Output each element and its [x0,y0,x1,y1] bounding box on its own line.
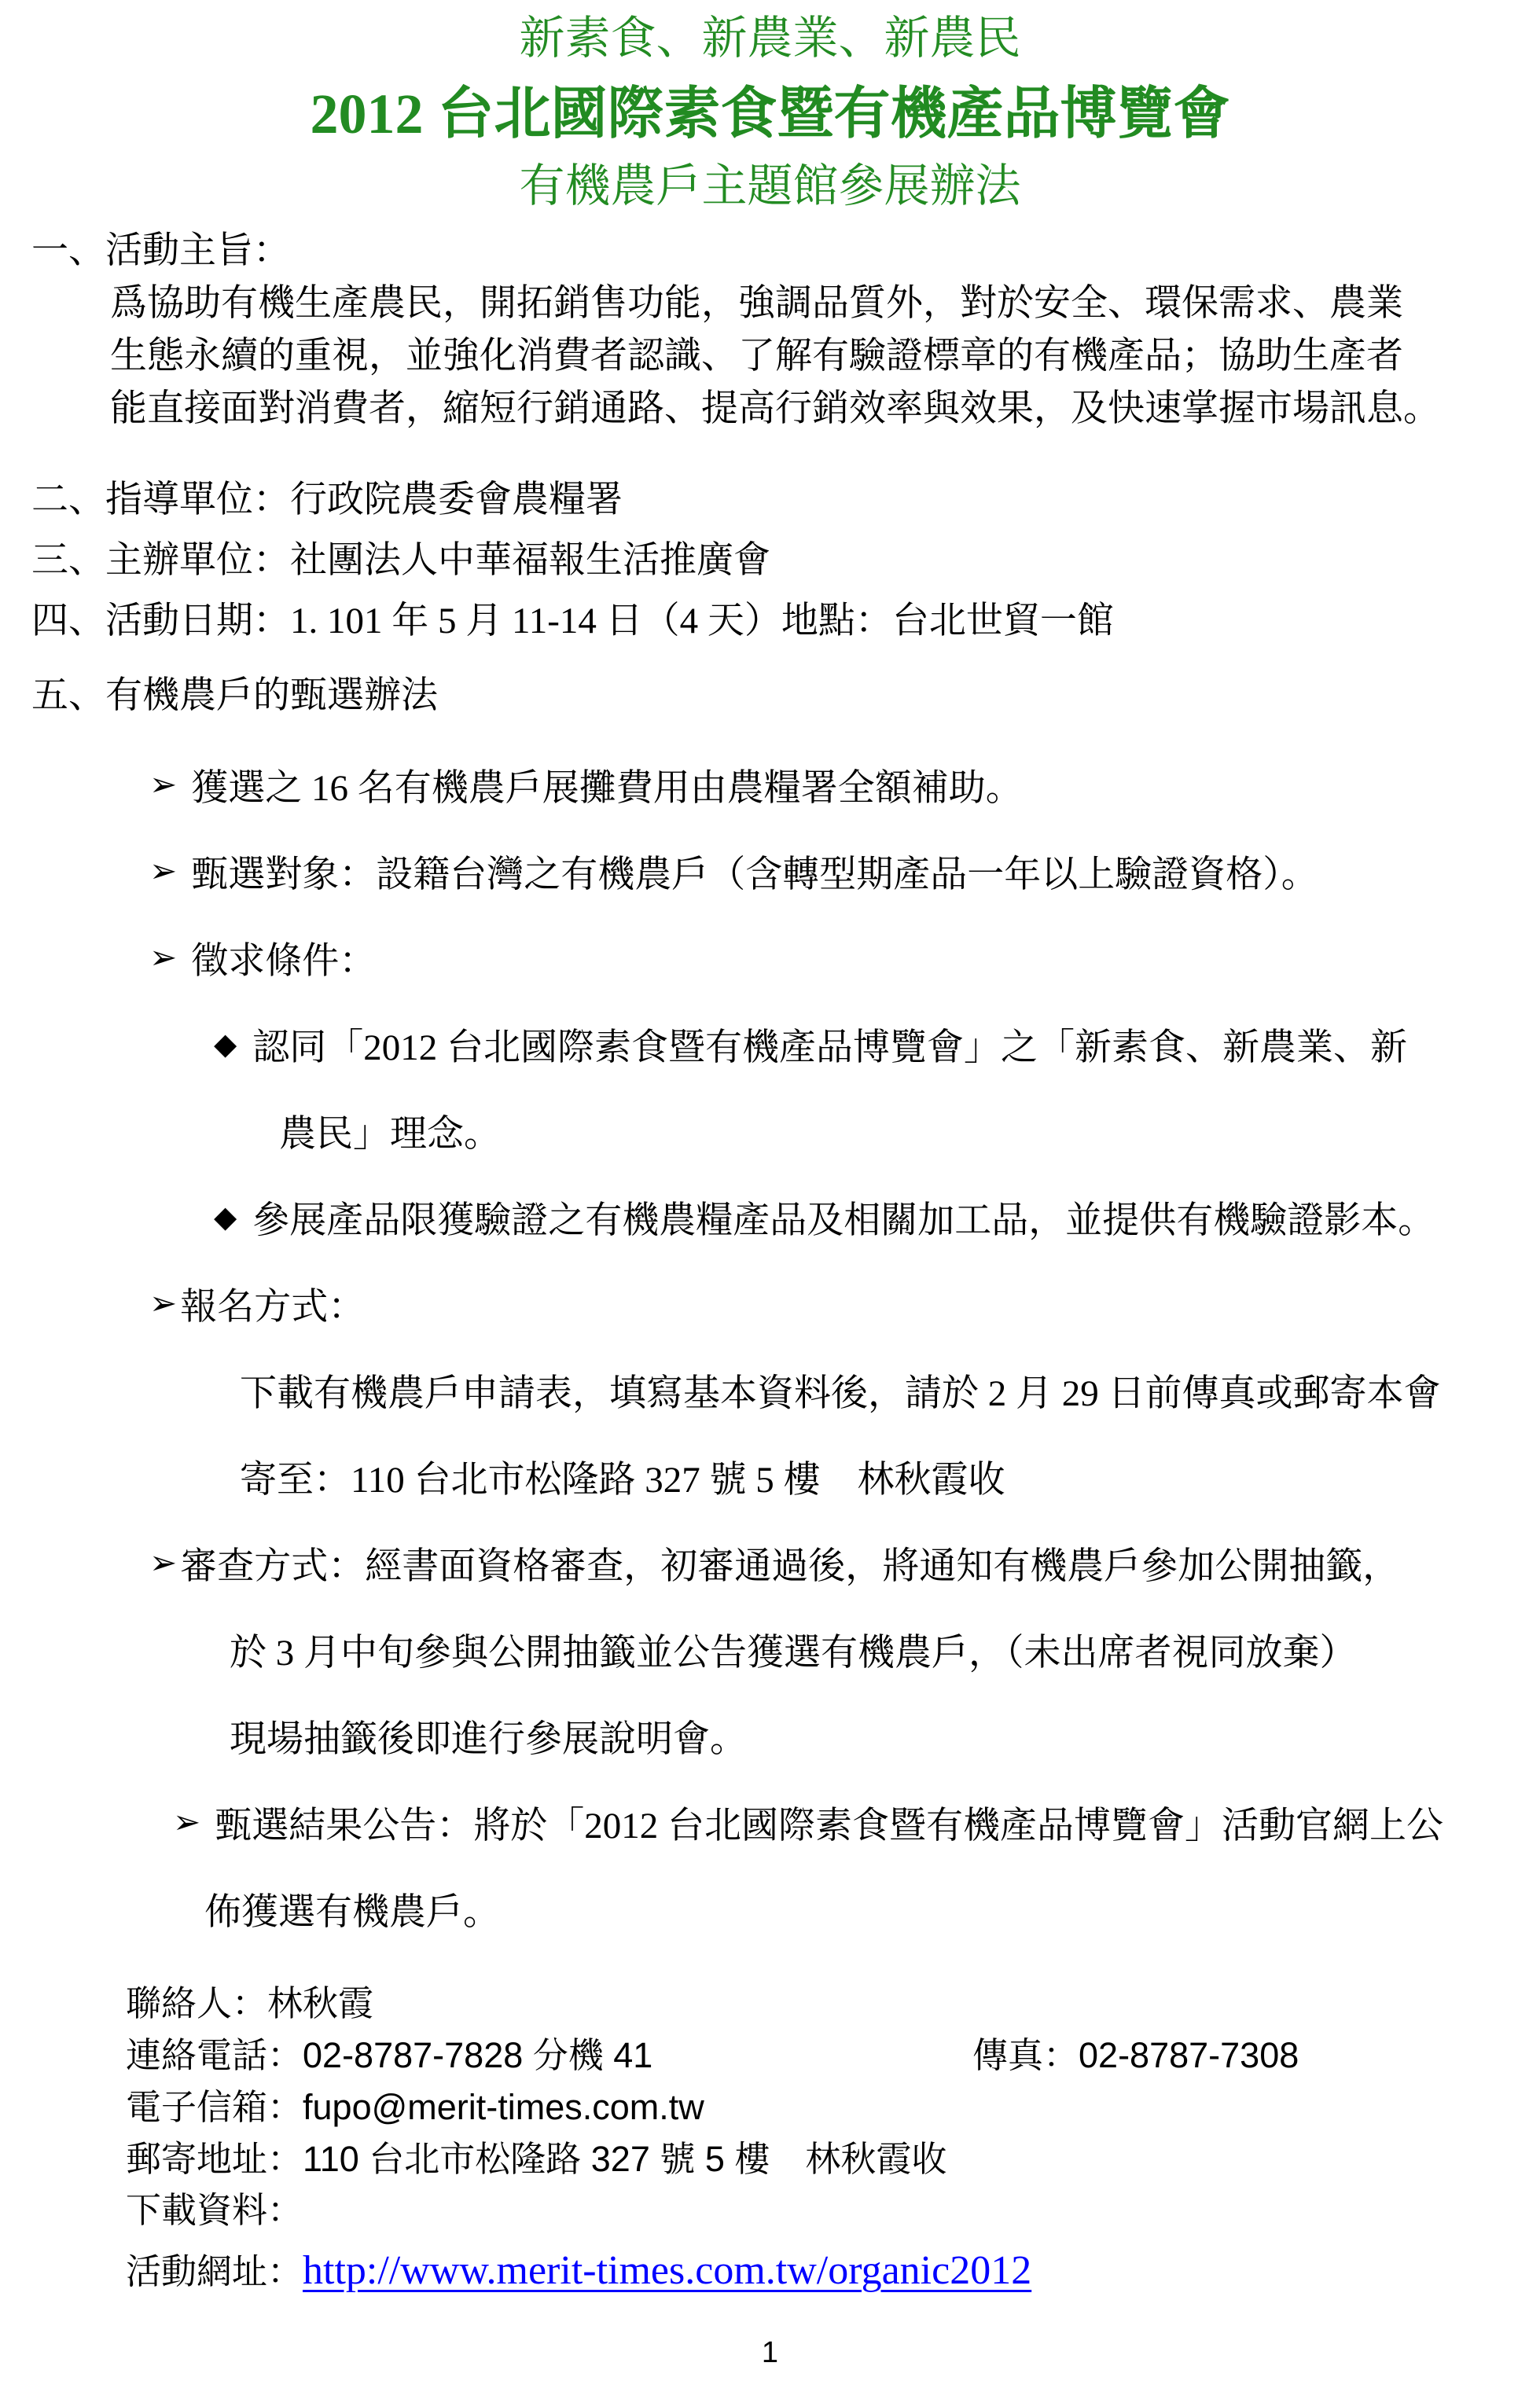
fax-value: 02-8787-7308 [1079,2035,1299,2075]
document-page: 新素食、新農業、新農民 2012 台北國際素食暨有機產品博覽會 有機農戶主題館參… [0,0,1540,2392]
diamond-bullet-icon: ◆ [214,1029,237,1059]
fax-group: 傳真：02-8787-7308 [972,2030,1299,2082]
section-one-paragraph: 爲協助有機生產農民，開拓銷售功能，強調品質外，對於安全、環保需求、農業 生態永續… [110,277,1518,435]
arrow-bullet-icon: ➢ [149,768,177,801]
contact-person-row: 聯絡人：林秋霞 [126,1979,1516,2030]
title-slogan: 新素食、新農業、新農民 [0,11,1540,66]
list-item-conditions: ➢ 徵求條件： [0,914,1540,1001]
activity-url-link[interactable]: http://www.merit-times.com.tw/organic201… [303,2248,1031,2293]
mail-value: 110 台北市松隆路 327 號 5 樓 林秋霞收 [303,2139,946,2179]
review-detail-line2: 現場抽籤後即進行參展說明會。 [0,1692,1540,1779]
registration-detail-line2: 寄至：110 台北市松隆路 327 號 5 樓 林秋霞收 [0,1433,1540,1519]
email-value: fupo@merit-times.com.tw [303,2087,704,2127]
sub-item-products: ◆ 參展產品限獲驗證之有機農糧產品及相關加工品，並提供有機驗證影本。 [0,1174,1540,1260]
list-item-text: 報名方式： [180,1277,365,1330]
list-item-text: 審查方式：經書面資格審查，初審通過後，將通知有機農戶參加公開抽籤， [180,1537,1399,1589]
website-label: 活動網址： [126,2252,303,2291]
diamond-bullet-icon: ◆ [214,1202,237,1232]
list-item-subsidy: ➢ 獲選之 16 名有機農戶展攤費用由農糧署全額補助。 [0,741,1540,828]
selection-rules-list: ➢ 獲選之 16 名有機農戶展攤費用由農糧署全額補助。 ➢ 甄選對象：設籍台灣之… [0,741,1540,1952]
arrow-bullet-icon: ➢ [149,1287,177,1320]
contact-phone-row: 連絡電話：02-8787-7828 分機 41 傳真：02-8787-7308 [126,2030,1516,2082]
arrow-bullet-icon: ➢ [173,1806,200,1839]
list-item-results-line2: 佈獲選有機農戶。 [0,1865,1540,1952]
arrow-bullet-icon: ➢ [149,1546,177,1579]
list-item-text: 於 3 月中旬參與公開抽籤並公告獲選有機農戶，（未出席者視同放棄） [230,1623,1357,1676]
list-item-text: 現場抽籤後即進行參展說明會。 [230,1710,747,1762]
list-item-results-line1: ➢ 甄選結果公告：將於「2012 台北國際素食暨有機產品博覽會」活動官網上公 [0,1779,1540,1865]
paragraph-line: 爲協助有機生產農民，開拓銷售功能，強調品質外，對於安全、環保需求、農業 [110,277,1518,330]
list-item-text: 佈獲選有機農戶。 [204,1883,500,1935]
list-item-text: 徵求條件： [191,931,376,984]
contact-block: 聯絡人：林秋霞 連絡電話：02-8787-7828 分機 41 傳真：02-87… [126,1979,1516,2303]
phone-label: 連絡電話： [126,2036,303,2075]
download-label: 下載資料： [126,2191,303,2230]
list-item-text: 甄選結果公告：將於「2012 台北國際素食暨有機產品博覽會」活動官網上公 [215,1796,1443,1849]
mail-label: 郵寄地址： [126,2140,303,2179]
phone-value: 02-8787-7828 分機 41 [303,2035,652,2075]
list-item-eligibility: ➢ 甄選對象：設籍台灣之有機農戶（含轉型期產品一年以上驗證資格）。 [0,828,1540,914]
review-detail-line1: 於 3 月中旬參與公開抽籤並公告獲選有機農戶，（未出席者視同放棄） [0,1606,1540,1692]
list-item-text: 獲選之 16 名有機農戶展攤費用由農糧署全額補助。 [191,759,1023,811]
title-expo-name: 2012 台北國際素食暨有機產品博覽會 [0,79,1540,149]
registration-detail-line1: 下載有機農戶申請表，填寫基本資料後，請於 2 月 29 日前傳真或郵寄本會 [0,1347,1540,1433]
email-label: 電子信箱： [126,2088,303,2127]
list-item-text: 下載有機農戶申請表，填寫基本資料後，請於 2 月 29 日前傳真或郵寄本會 [240,1364,1441,1416]
list-item-text: 認同「2012 台北國際素食暨有機產品博覽會」之「新素食、新農業、新 [252,1018,1407,1071]
section-three: 三、主辦單位：社團法人中華福報生活推廣會 [31,531,1516,591]
list-item-text: 甄選對象：設籍台灣之有機農戶（含轉型期產品一年以上驗證資格）。 [191,845,1318,898]
sub-item-concept-line1: ◆ 認同「2012 台北國際素食暨有機產品博覽會」之「新素食、新農業、新 [0,1001,1540,1087]
section-one-heading: 一、活動主旨： [31,227,1516,274]
title-subtitle: 有機農戶主題館參展辦法 [0,159,1540,214]
page-number: 1 [0,2336,1540,2370]
contact-person: 聯絡人：林秋霞 [126,1984,373,2023]
list-item-text: 農民」理念。 [279,1104,501,1157]
contact-email-row: 電子信箱：fupo@merit-times.com.tw [126,2082,1516,2133]
paragraph-line: 能直接面對消費者，縮短行銷通路、提高行銷效率與效果，及快速掌握市場訊息。 [110,383,1518,435]
sections-two-to-four: 二、指導單位：行政院農委會農糧署 三、主辦單位：社團法人中華福報生活推廣會 四、… [31,470,1516,652]
arrow-bullet-icon: ➢ [149,941,177,974]
fax-label: 傳真： [972,2036,1079,2075]
section-four: 四、活動日期：1. 101 年 5 月 11-14 日（4 天）地點：台北世貿一… [31,591,1516,652]
list-item-text: 寄至：110 台北市松隆路 327 號 5 樓 林秋霞收 [240,1450,1005,1503]
contact-mail-row: 郵寄地址：110 台北市松隆路 327 號 5 樓 林秋霞收 [126,2133,1516,2185]
list-item-text: 參展產品限獲驗證之有機農糧產品及相關加工品，並提供有機驗證影本。 [252,1191,1435,1244]
paragraph-line: 生態永續的重視，並強化消費者認識、了解有驗證標章的有機產品；協助生產者 [110,330,1518,383]
arrow-bullet-icon: ➢ [149,854,177,887]
sub-item-concept-line2: 農民」理念。 [0,1087,1540,1174]
download-row: 下載資料： [126,2185,1516,2236]
section-five-heading: 五、有機農戶的甄選辦法 [31,675,1516,716]
list-item-registration: ➢ 報名方式： [0,1260,1540,1347]
section-two: 二、指導單位：行政院農委會農糧署 [31,470,1516,531]
website-row: 活動網址：http://www.merit-times.com.tw/organ… [126,2240,1516,2303]
list-item-review: ➢ 審查方式：經書面資格審查，初審通過後，將通知有機農戶參加公開抽籤， [0,1519,1540,1606]
